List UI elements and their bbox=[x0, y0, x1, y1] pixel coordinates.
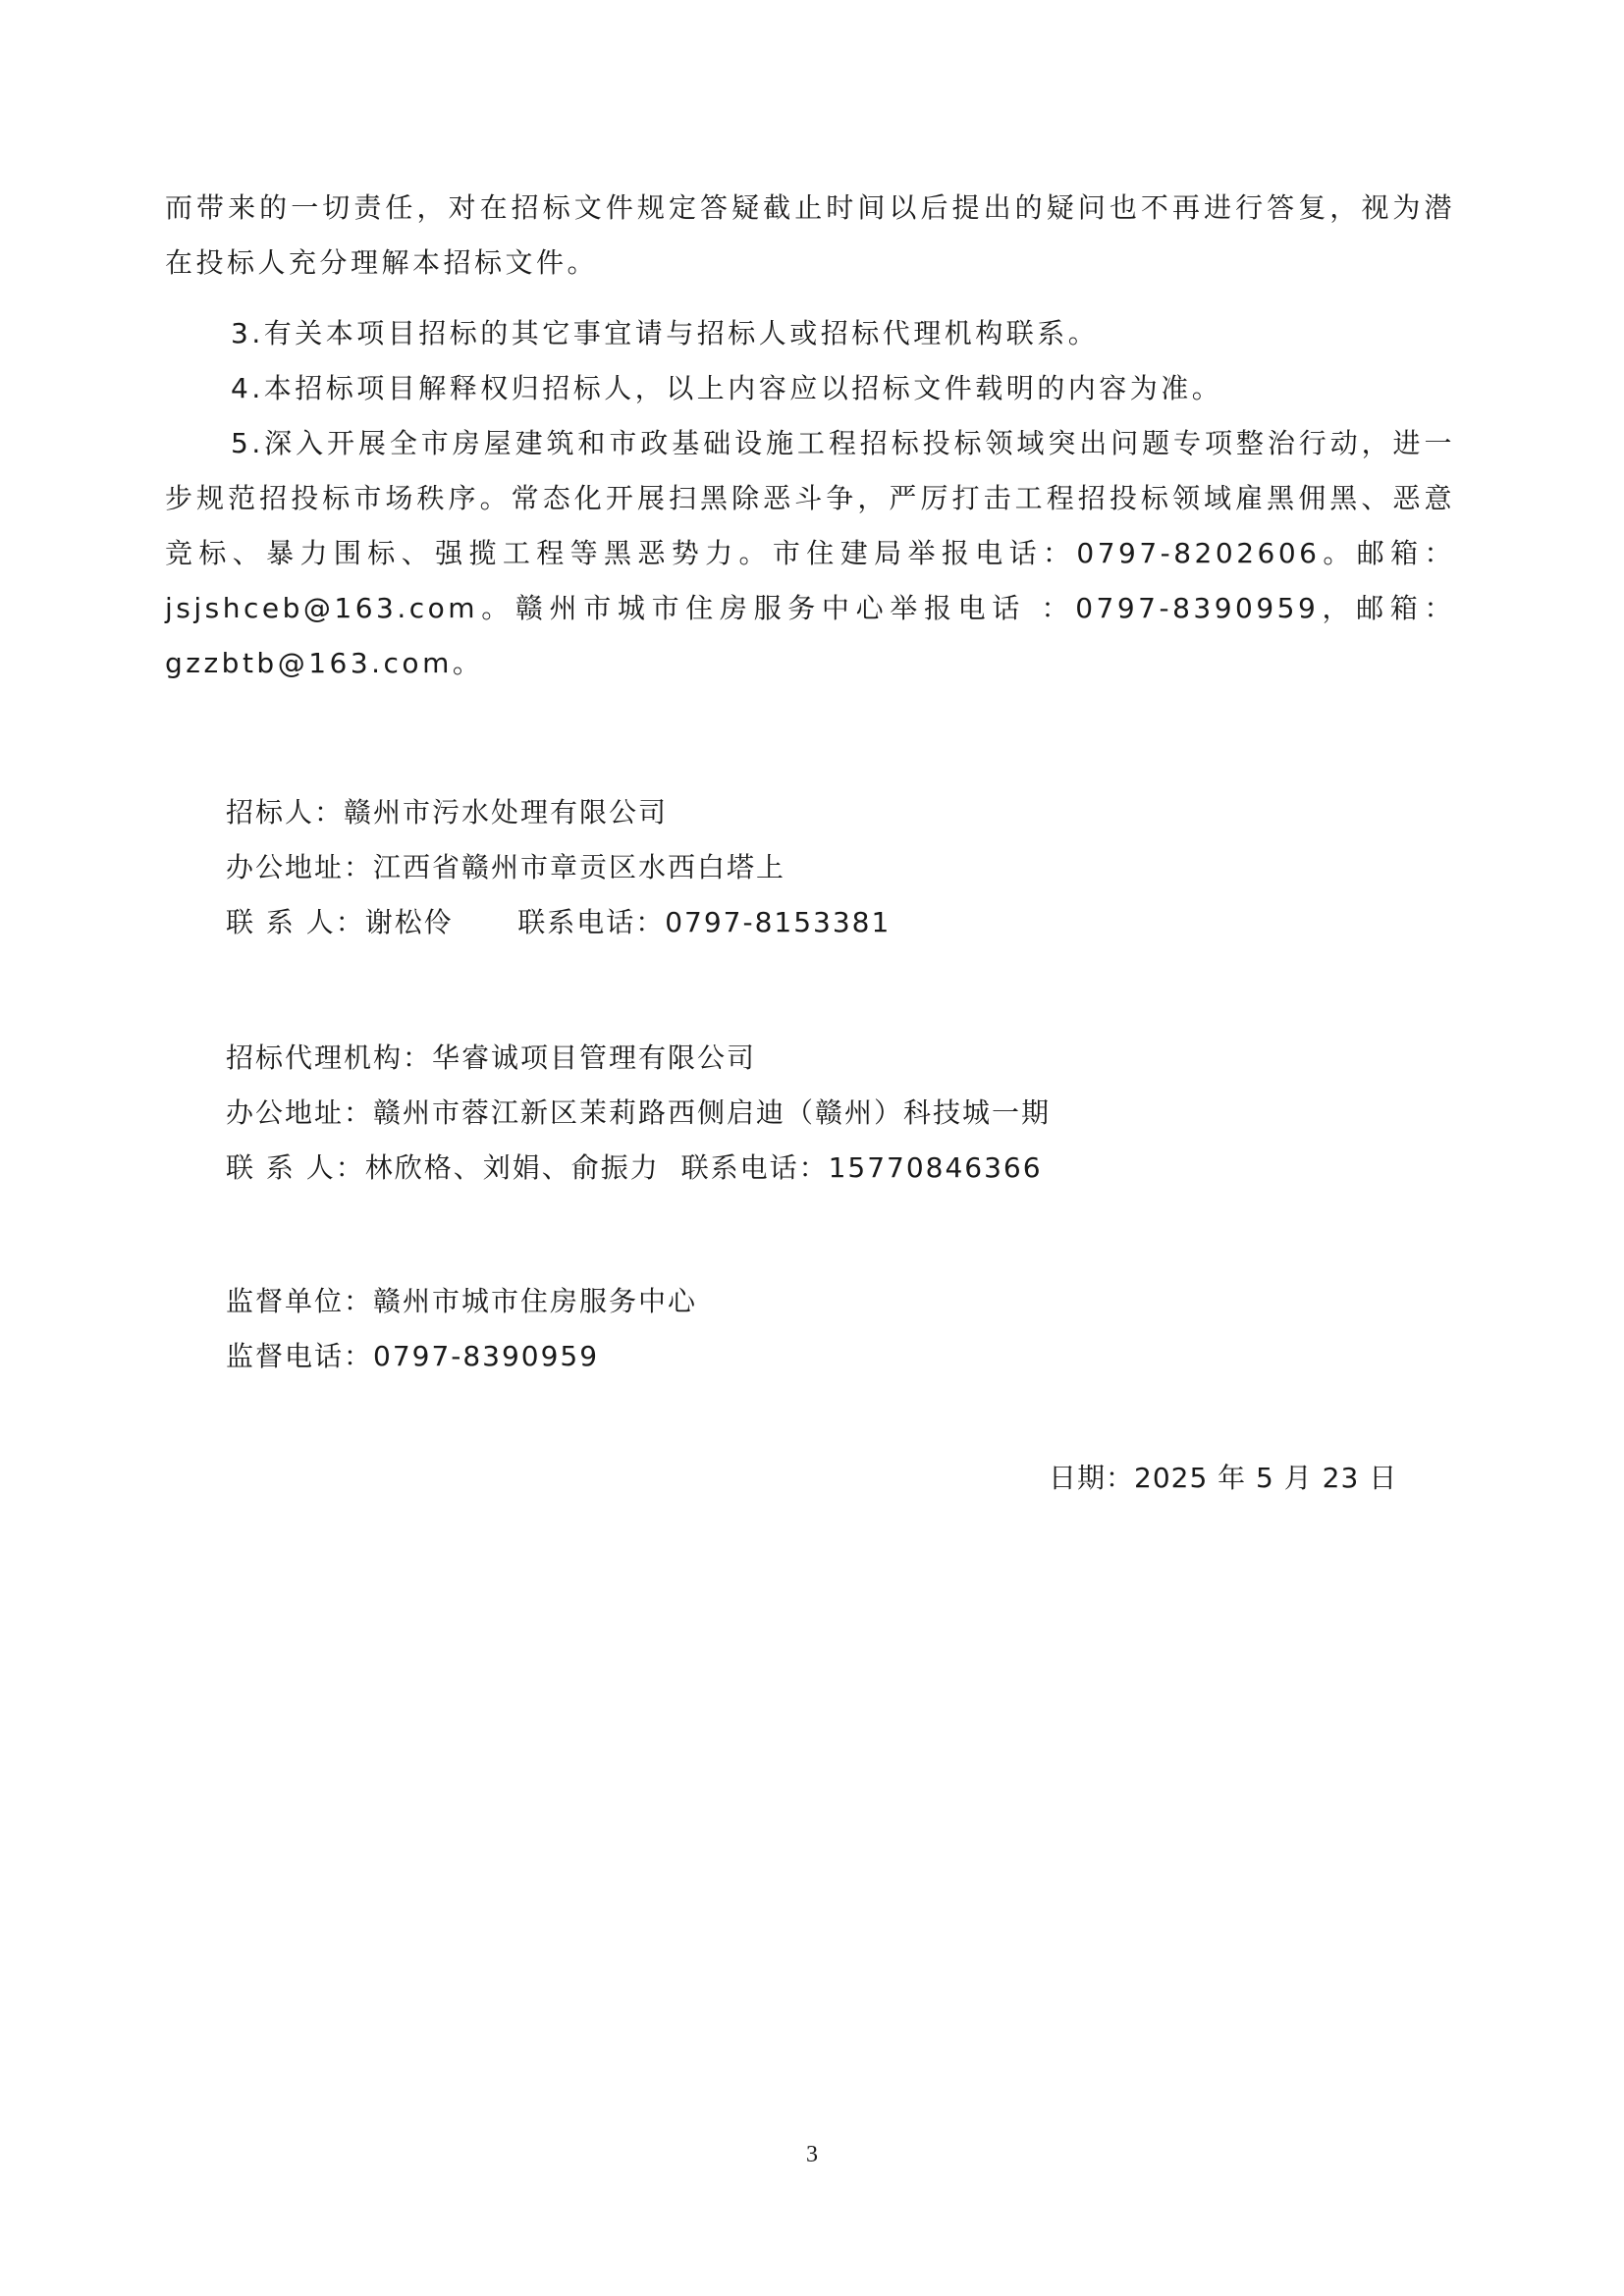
agency-contact: 联 系 人：林欣格、刘娟、俞振力 联系电话：15770846366 bbox=[226, 1148, 1043, 1188]
item-5: 5.深入开展全市房屋建筑和市政基础设施工程招标投标领域突出问题专项整治行动，进一… bbox=[165, 416, 1455, 691]
supervision-phone: 监督电话：0797-8390959 bbox=[226, 1337, 599, 1376]
agency-address: 办公地址：赣州市蓉江新区茉莉路西侧启迪（赣州）科技城一期 bbox=[226, 1094, 1051, 1133]
document-date: 日期：2025 年 5 月 23 日 bbox=[1049, 1459, 1397, 1498]
item-3: 3.有关本项目招标的其它事宜请与招标人或招标代理机构联系。 bbox=[165, 306, 1455, 361]
agency-name: 招标代理机构：华睿诚项目管理有限公司 bbox=[226, 1039, 756, 1078]
tenderer-contact: 联 系 人：谢松伶 联系电话：0797-8153381 bbox=[226, 903, 891, 942]
paragraph-continuation: 而带来的一切责任，对在招标文件规定答疑截止时间以后提出的疑问也不再进行答复，视为… bbox=[165, 181, 1455, 291]
tenderer-address: 办公地址：江西省赣州市章贡区水西白塔上 bbox=[226, 848, 785, 887]
supervision-unit: 监督单位：赣州市城市住房服务中心 bbox=[226, 1282, 697, 1321]
document-page: 而带来的一切责任，对在招标文件规定答疑截止时间以后提出的疑问也不再进行答复，视为… bbox=[0, 0, 1624, 2296]
item-4: 4.本招标项目解释权归招标人，以上内容应以招标文件载明的内容为准。 bbox=[165, 361, 1455, 416]
tenderer-name: 招标人：赣州市污水处理有限公司 bbox=[226, 793, 668, 832]
page-number: 3 bbox=[0, 2142, 1624, 2168]
